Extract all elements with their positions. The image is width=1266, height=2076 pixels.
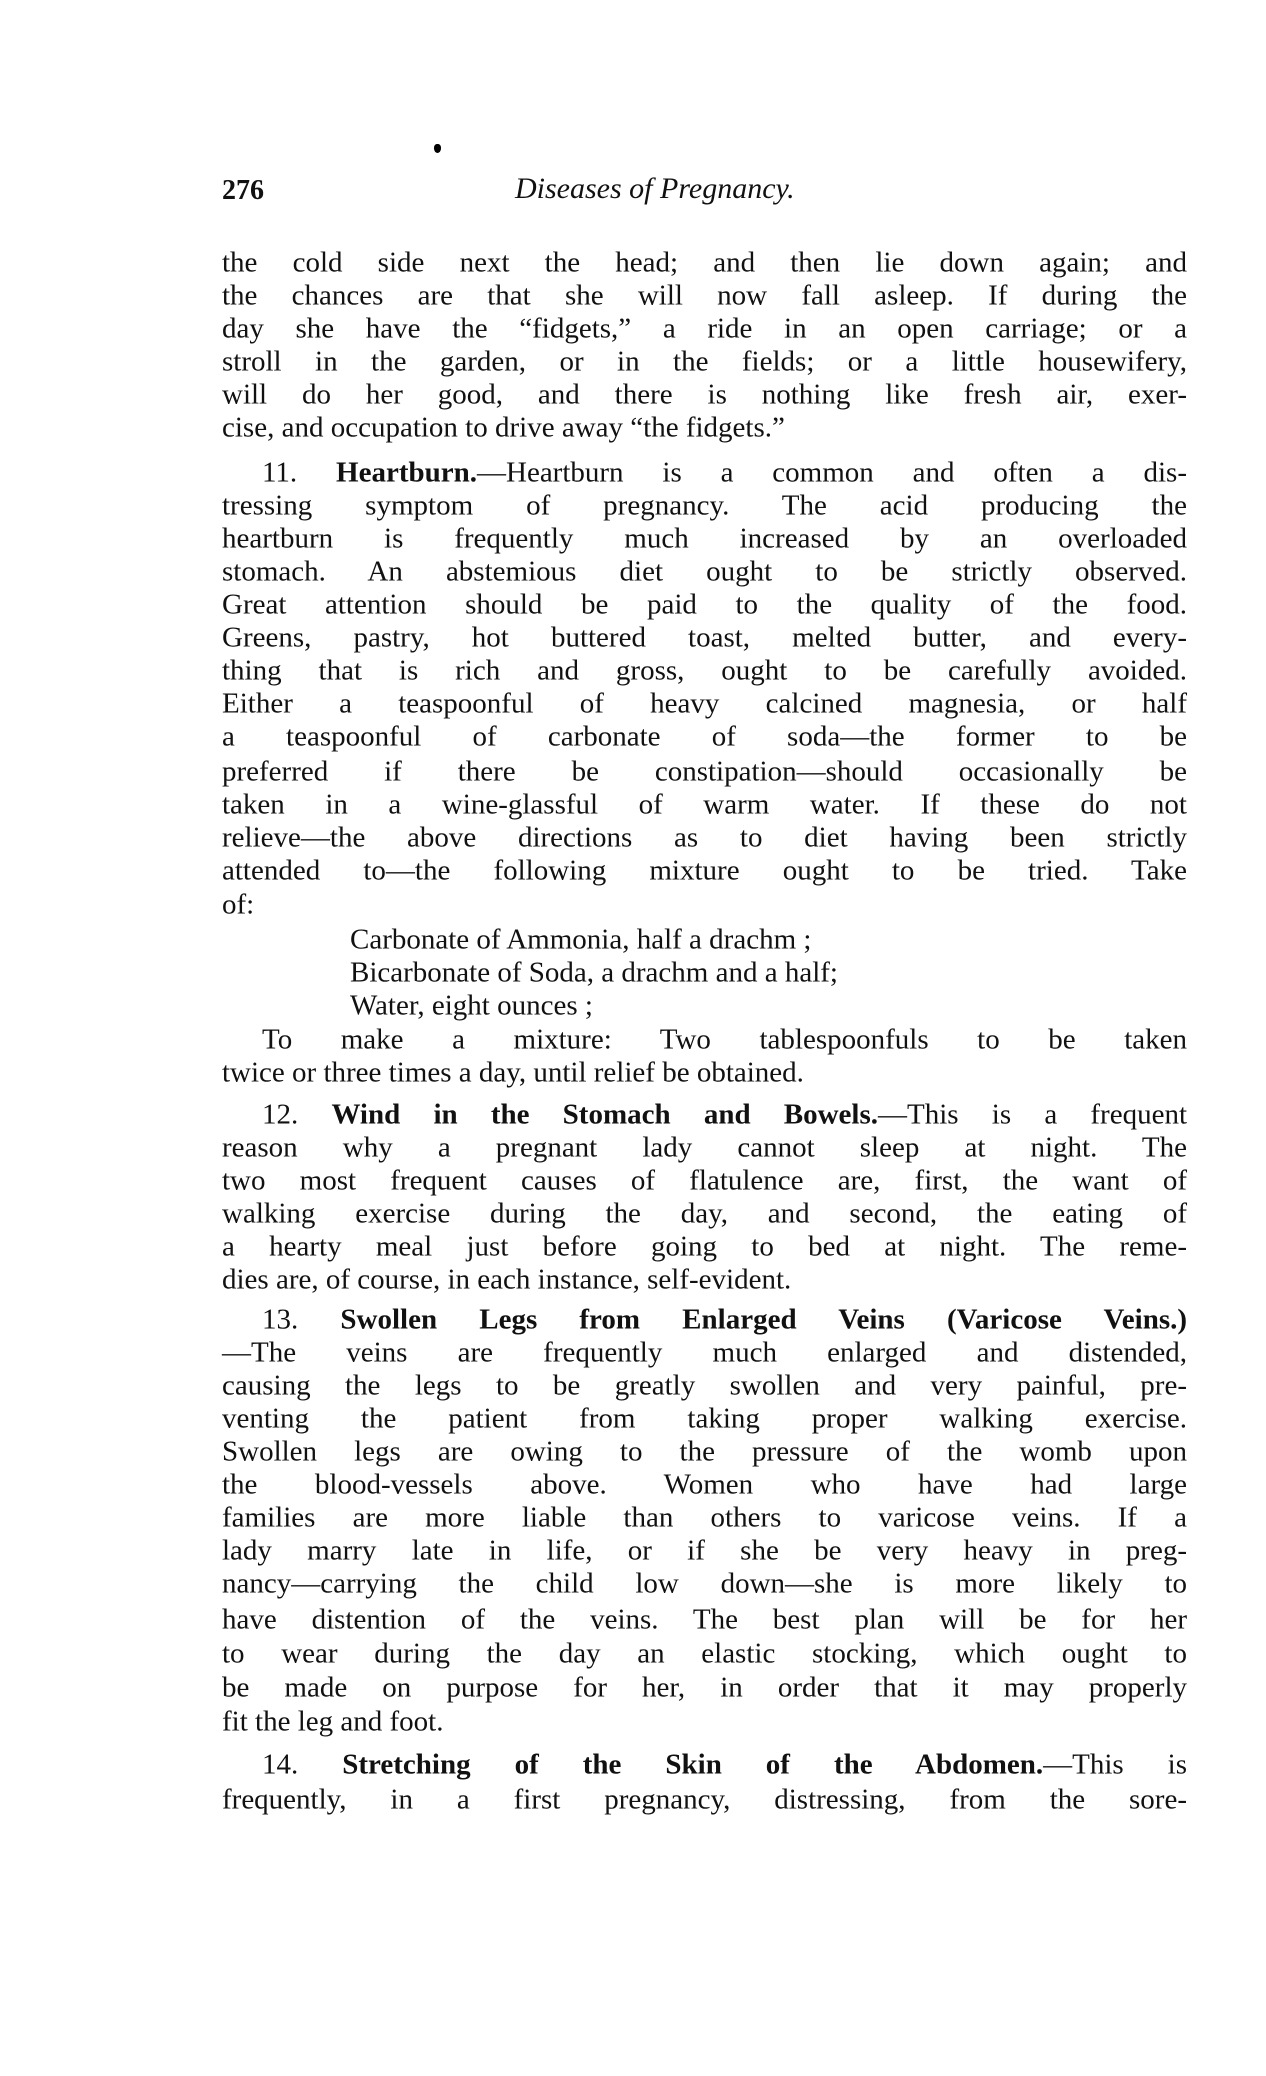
section-first-line: 13. Swollen Legs from Enlarged Veins (Va…: [262, 1304, 1187, 1337]
section-number: 14.: [262, 1749, 298, 1781]
text-line: lady marry late in life, or if she be ve…: [222, 1535, 1187, 1568]
section-heading: Swollen Legs from Enlarged Veins (Varico…: [340, 1304, 1187, 1336]
text-line: Either a teaspoonful of heavy calcined m…: [222, 688, 1187, 721]
section-number: 12.: [262, 1099, 298, 1131]
section-number: 11.: [262, 457, 297, 489]
text-line: stroll in the garden, or in the fields; …: [222, 346, 1187, 379]
text-line: reason why a pregnant lady cannot sleep …: [222, 1132, 1187, 1165]
text-line: twice or three times a day, until relief…: [222, 1057, 1187, 1090]
text-line: thing that is rich and gross, ought to b…: [222, 655, 1187, 688]
section-first-line: 12. Wind in the Stomach and Bowels.—This…: [262, 1099, 1187, 1132]
text-line: attended to—the following mixture ought …: [222, 855, 1187, 888]
recipe-item: Water, eight ounces ;: [350, 990, 1050, 1023]
text-line: Great attention should be paid to the qu…: [222, 589, 1187, 622]
text-line: will do her good, and there is nothing l…: [222, 379, 1187, 412]
section-first-line: 14. Stretching of the Skin of the Abdome…: [262, 1749, 1187, 1782]
text-line: the chances are that she will now fall a…: [222, 280, 1187, 313]
text-run: —This is a frequent: [878, 1099, 1187, 1131]
text-line: the blood-vessels above. Women who have …: [222, 1469, 1187, 1502]
text-line: cise, and occupation to drive away “the …: [222, 412, 1187, 445]
text-line: To make a mixture: Two tablespoonfuls to…: [262, 1024, 1187, 1057]
text-line: families are more liable than others to …: [222, 1502, 1187, 1535]
section-heading: Wind in the Stomach and Bowels.: [331, 1099, 878, 1131]
text-line: stomach. An abstemious diet ought to be …: [222, 556, 1187, 589]
text-line: nancy—carrying the child low down—she is…: [222, 1568, 1187, 1601]
text-line: fit the leg and foot.: [222, 1706, 1187, 1739]
text-line: frequently, in a first pregnancy, distre…: [222, 1784, 1187, 1817]
text-line: heartburn is frequently much increased b…: [222, 523, 1187, 556]
text-line: be made on purpose for her, in order tha…: [222, 1672, 1187, 1705]
text-line: preferred if there be constipation—shoul…: [222, 756, 1187, 789]
text-line: —The veins are frequently much enlarged …: [222, 1337, 1187, 1370]
recipe-item: Bicarbonate of Soda, a drachm and a half…: [350, 957, 1050, 990]
text-line: relieve—the above directions as to diet …: [222, 822, 1187, 855]
running-title: Diseases of Pregnancy.: [515, 172, 795, 206]
text-run: —This is: [1043, 1749, 1187, 1781]
text-line: walking exercise during the day, and sec…: [222, 1198, 1187, 1231]
page-number: 276: [222, 175, 264, 207]
section-heading: Stretching of the Skin of the Abdomen.: [342, 1749, 1043, 1781]
text-line: of:: [222, 889, 1187, 922]
text-line: taken in a wine-glassful of warm water. …: [222, 789, 1187, 822]
text-line: tressing symptom of pregnancy. The acid …: [222, 490, 1187, 523]
section-number: 13.: [262, 1304, 298, 1336]
text-line: have distention of the veins. The best p…: [222, 1604, 1187, 1637]
text-line: day she have the “fidgets,” a ride in an…: [222, 313, 1187, 346]
text-line: the cold side next the head; and then li…: [222, 247, 1187, 280]
text-line: a teaspoonful of carbonate of soda—the f…: [222, 721, 1187, 754]
section-first-line: 11. Heartburn.—Heartburn is a common and…: [262, 457, 1187, 490]
text-line: Greens, pastry, hot buttered toast, melt…: [222, 622, 1187, 655]
ink-speck: [434, 144, 441, 153]
recipe-item: Carbonate of Ammonia, half a drachm ;: [350, 924, 1050, 957]
text-line: causing the legs to be greatly swollen a…: [222, 1370, 1187, 1403]
section-heading: Heartburn.: [336, 457, 477, 489]
text-line: to wear during the day an elastic stocki…: [222, 1638, 1187, 1671]
text-line: two most frequent causes of flatulence a…: [222, 1165, 1187, 1198]
text-run: —Heartburn is a common and often a dis-: [477, 457, 1187, 489]
text-line: Swollen legs are owing to the pressure o…: [222, 1436, 1187, 1469]
text-line: dies are, of course, in each instance, s…: [222, 1264, 1187, 1297]
text-line: venting the patient from taking proper w…: [222, 1403, 1187, 1436]
text-line: a hearty meal just before going to bed a…: [222, 1231, 1187, 1264]
